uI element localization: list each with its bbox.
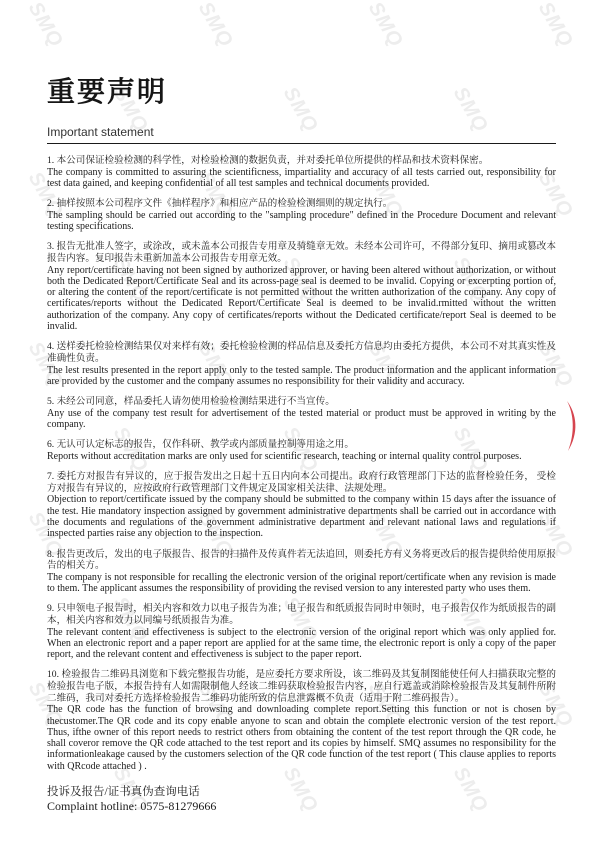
statement-text-cn: 7. 委托方对报告有异议的，应于报告发出之日起十五日内向本公司提出。政府行政管理…: [47, 471, 556, 494]
statements-list: 1. 本公司保证检验检测的科学性，对检验检测的数据负责，并对委托单位所提供的样品…: [47, 155, 556, 772]
statement-text-cn: 1. 本公司保证检验检测的科学性，对检验检测的数据负责，并对委托单位所提供的样品…: [47, 155, 556, 167]
statement-text-en: Any use of the company test result for a…: [47, 408, 556, 431]
statement-text-en: The company is not responsible for recal…: [47, 572, 556, 595]
statement-text-en: Objection to report/certificate issued b…: [47, 494, 556, 539]
statement-content: 重要声明 Important statement 1. 本公司保证检验检测的科学…: [47, 0, 556, 813]
statement-text-cn: 8. 报告更改后，发出的电子版报告、报告的扫描件及传真件若无法追回，则委托方有义…: [47, 549, 556, 572]
statement-text-en: The QR code has the function of browsing…: [47, 704, 556, 772]
statement-item: 5. 未经公司同意，样品委托人请勿使用检验检测结果进行不当宣传。 Any use…: [47, 396, 556, 430]
statement-text-en: The relevant content and effectiveness i…: [47, 627, 556, 661]
statement-item: 7. 委托方对报告有异议的，应于报告发出之日起十五日内向本公司提出。政府行政管理…: [47, 471, 556, 539]
statement-text-en: The lest results presented in the report…: [47, 365, 556, 388]
statement-text-cn: 9. 只申领电子报告时，相关内容和效力以电子报告为准；电子报告和纸质报告同时申领…: [47, 603, 556, 626]
statement-item: 8. 报告更改后，发出的电子版报告、报告的扫描件及传真件若无法追回，则委托方有义…: [47, 549, 556, 595]
footer: 投诉及报告/证书真伪查询电话 Complaint hotline: 0575-8…: [47, 786, 556, 813]
hotline-label-en: Complaint hotline: 0575-81279666: [47, 799, 556, 813]
statement-text-en: Reports without accreditation marks are …: [47, 451, 556, 462]
statement-text-cn: 10. 检验报告二维码具浏览和下载完整报告功能，是应委托方要求所设，该二维码及其…: [47, 669, 556, 704]
statement-text-cn: 2. 抽样按照本公司程序文件《抽样程序》和相应产品的检验检测细则的规定执行。: [47, 198, 556, 210]
statement-text-cn: 3. 报告无批准人签字，或涂改，或未盖本公司报告专用章及骑缝章无效。未经本公司许…: [47, 241, 556, 264]
statement-item: 3. 报告无批准人签字，或涂改，或未盖本公司报告专用章及骑缝章无效。未经本公司许…: [47, 241, 556, 332]
statement-item: 6. 无认可认定标志的报告，仅作科研、教学或内部质量控制等用途之用。 Repor…: [47, 439, 556, 462]
statement-text-en: The company is committed to assuring the…: [47, 167, 556, 190]
page-subtitle: Important statement: [47, 125, 556, 139]
statement-text-en: Any report/certificate having not been s…: [47, 265, 556, 333]
hotline-label-cn: 投诉及报告/证书真伪查询电话: [47, 786, 556, 799]
statement-text-cn: 4. 送样委托检验检测结果仅对来样有效；委托检验检测的样品信息及委托方信息均由委…: [47, 341, 556, 364]
statement-item: 10. 检验报告二维码具浏览和下载完整报告功能，是应委托方要求所设，该二维码及其…: [47, 669, 556, 772]
document-page: SMQSMQSMQSMQSMQSMQSMQSMQSMQSMQSMQSMQSMQS…: [0, 0, 595, 841]
red-seal-arc: [564, 399, 584, 453]
statement-text-cn: 6. 无认可认定标志的报告，仅作科研、教学或内部质量控制等用途之用。: [47, 439, 556, 451]
statement-item: 1. 本公司保证检验检测的科学性，对检验检测的数据负责，并对委托单位所提供的样品…: [47, 155, 556, 189]
statement-item: 9. 只申领电子报告时，相关内容和效力以电子报告为准；电子报告和纸质报告同时申领…: [47, 603, 556, 660]
statement-text-cn: 5. 未经公司同意，样品委托人请勿使用检验检测结果进行不当宣传。: [47, 396, 556, 408]
page-title: 重要声明: [47, 0, 556, 110]
statement-item: 2. 抽样按照本公司程序文件《抽样程序》和相应产品的检验检测细则的规定执行。 T…: [47, 198, 556, 232]
title-divider: [47, 143, 556, 144]
statement-item: 4. 送样委托检验检测结果仅对来样有效；委托检验检测的样品信息及委托方信息均由委…: [47, 341, 556, 387]
statement-text-en: The sampling should be carried out accor…: [47, 210, 556, 233]
